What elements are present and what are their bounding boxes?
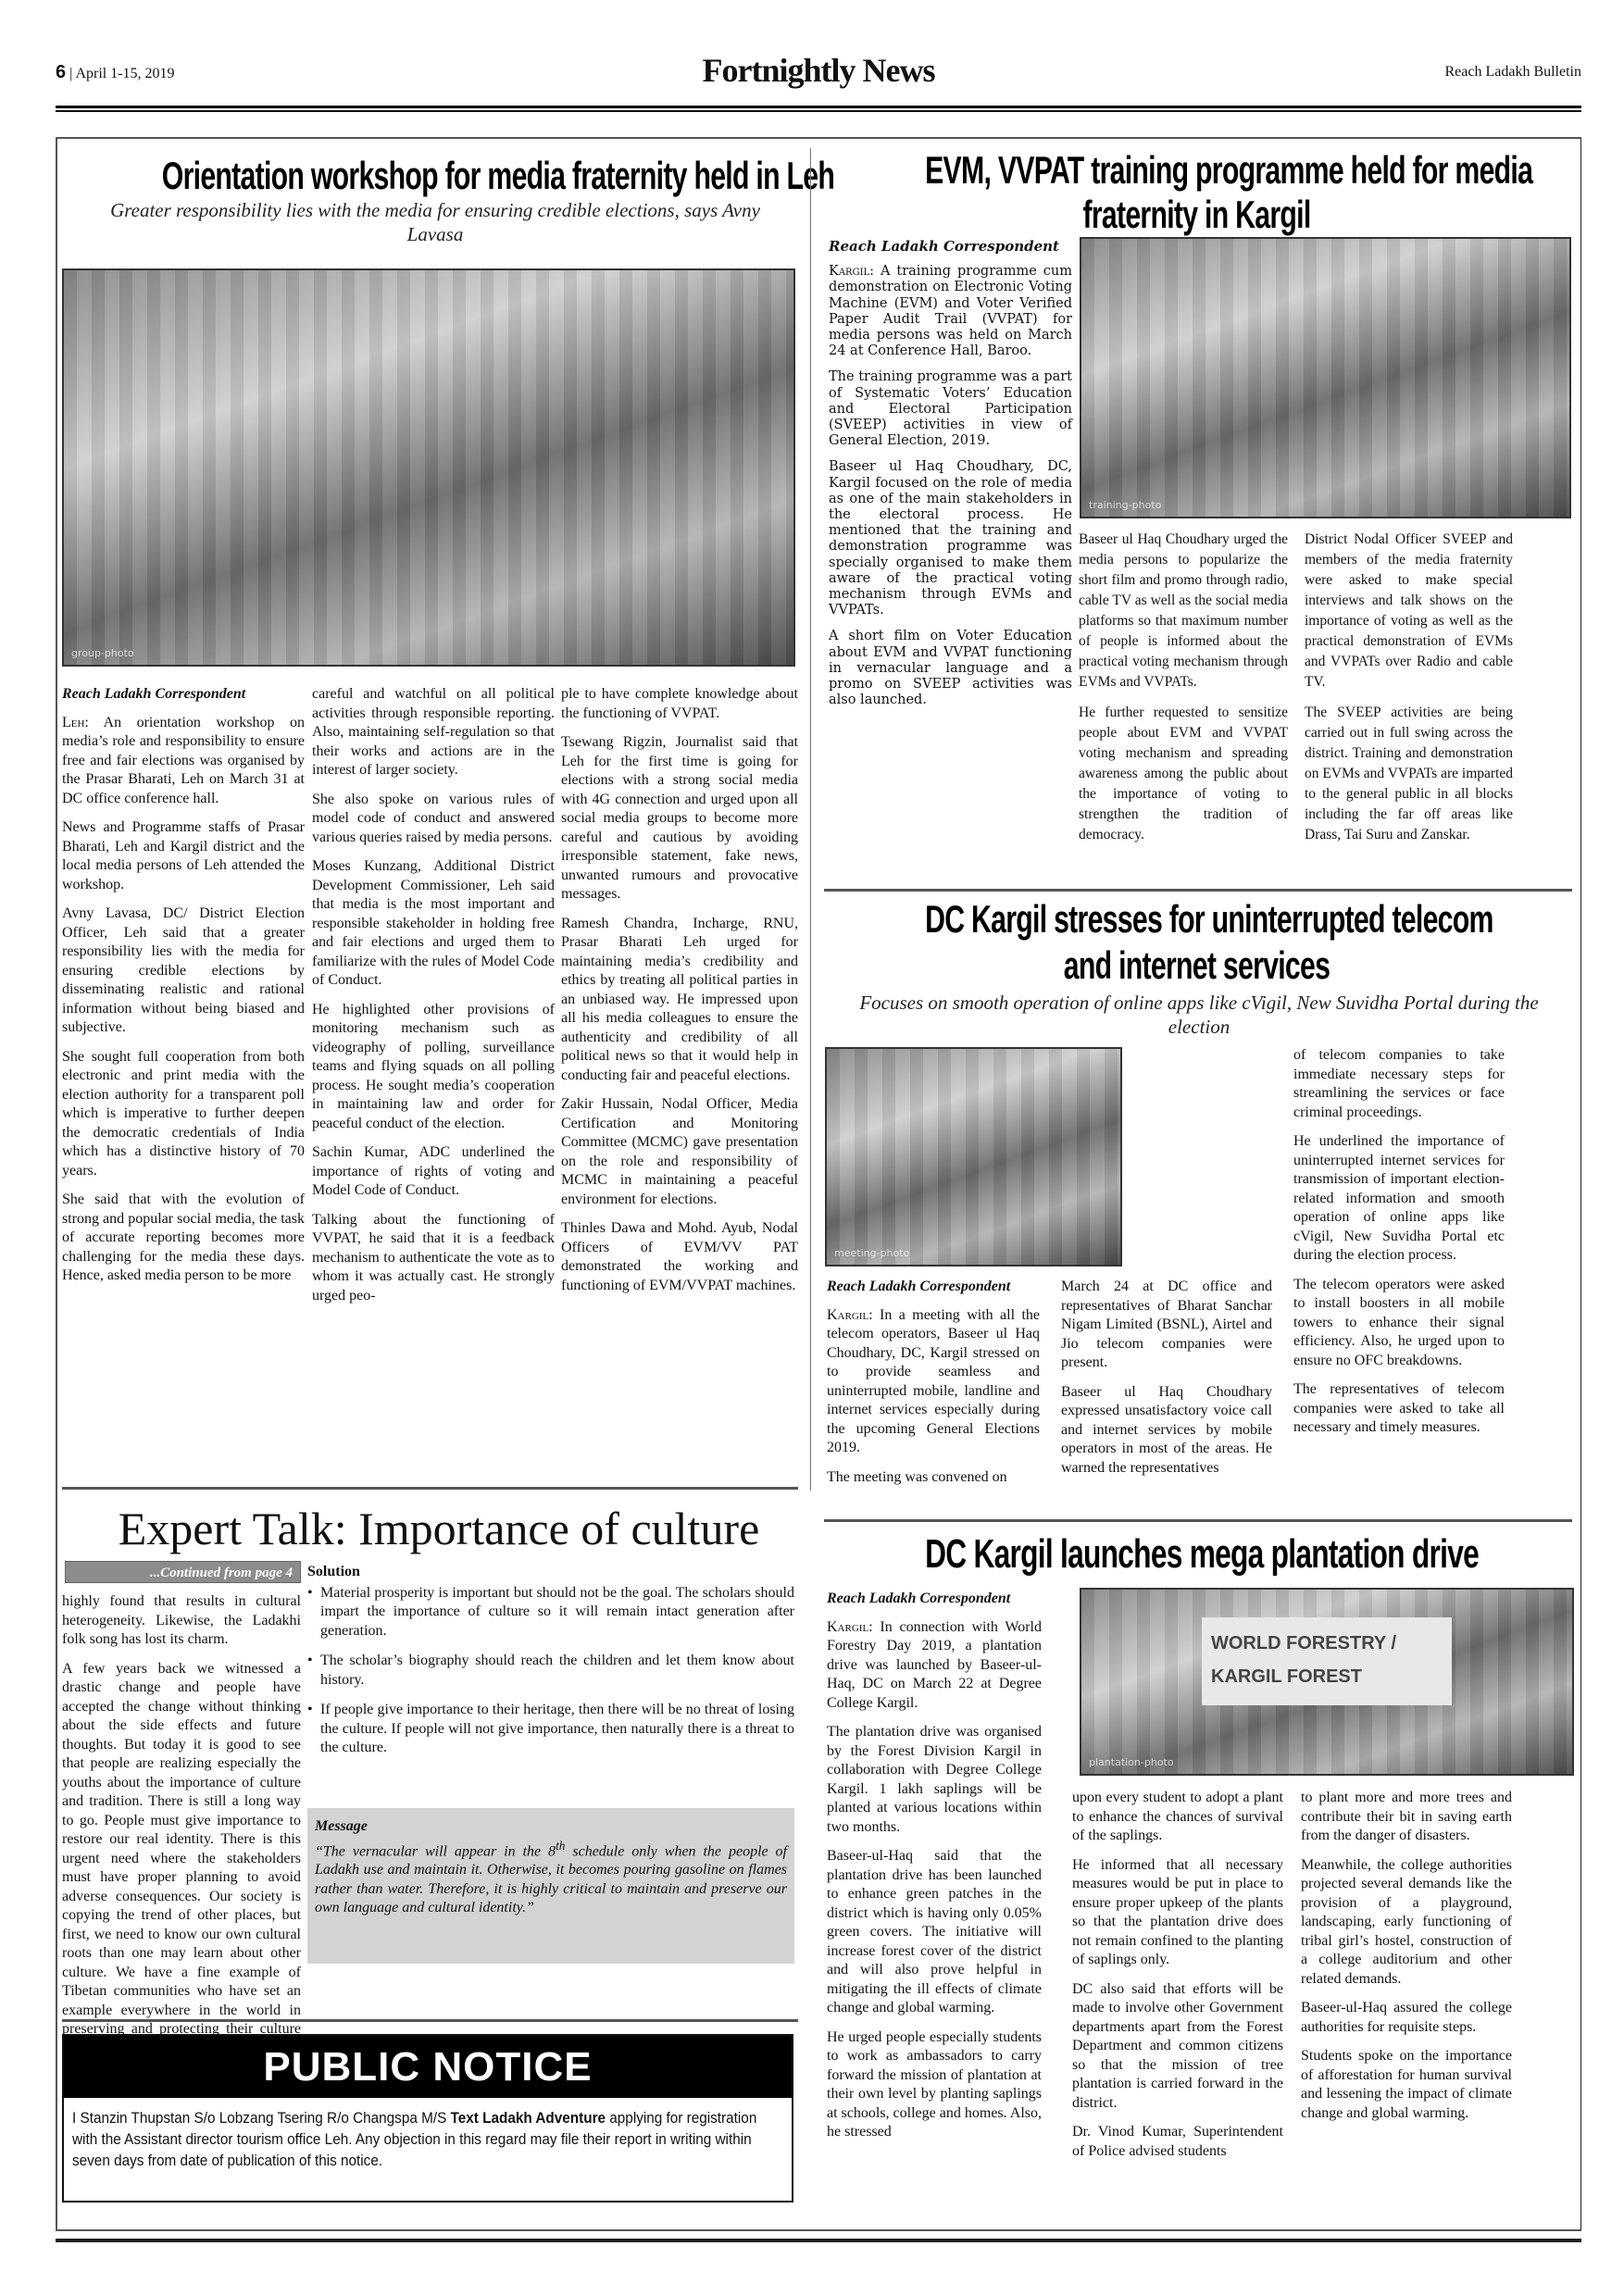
publication-name: Reach Ladakh Bulletin <box>1444 64 1581 81</box>
telecom-deck: Focuses on smooth operation of online ap… <box>833 991 1565 1039</box>
section-divider-left <box>62 1487 798 1490</box>
plantation-col-2: upon every student to adopt a plant to e… <box>1072 1789 1283 2171</box>
solution-heading: Solution <box>307 1563 794 1582</box>
telecom-col-1: Reach Ladakh Correspondent Kargil: In a … <box>827 1278 1040 1497</box>
message-heading: Message <box>315 1817 787 1837</box>
section-divider-right-1 <box>824 889 1572 892</box>
expert-talk-headline: Expert Talk: Importance of culture <box>80 1502 798 1555</box>
evm-training-headline-1: EVM, VVPAT training programme held for m… <box>925 148 1468 193</box>
business-name: Text Ladakh Adventure <box>451 2109 606 2127</box>
plantation-photo: WORLD FORESTRY / KARGIL FOREST plantatio… <box>1080 1588 1574 1776</box>
byline: Reach Ladakh Correspondent <box>62 685 305 705</box>
plantation-headline: DC Kargil launches mega plantation drive <box>925 1529 1468 1579</box>
continued-from-label: ...Continued from page 4 <box>65 1561 301 1583</box>
group-photo-icon: group-photo <box>71 647 134 659</box>
solution-point: If people give importance to their herit… <box>307 1701 794 1758</box>
solution-list: Material prosperity is important but sho… <box>307 1584 794 1758</box>
byline: Reach Ladakh Correspondent <box>827 1590 1042 1609</box>
evm-training-headline-2: fraternity in Kargil <box>925 193 1468 237</box>
public-notice-heading: PUBLIC NOTICE <box>64 2036 792 2098</box>
section-divider-right-2 <box>824 1519 1572 1522</box>
evm-col-1: Reach Ladakh Correspondent Kargil: A tra… <box>829 239 1072 718</box>
telecom-col-2: March 24 at DC office and representative… <box>1061 1278 1272 1488</box>
expert-talk-solution: Solution Material prosperity is importan… <box>307 1563 794 1769</box>
dateline: Kargil: <box>829 264 874 279</box>
solution-point: Material prosperity is important but sho… <box>307 1584 794 1641</box>
byline: Reach Ladakh Correspondent <box>827 1278 1040 1297</box>
plantation-col-3: to plant more and more trees and contrib… <box>1301 1789 1512 2133</box>
message-box: Message “The vernacular will appear in t… <box>307 1808 794 1964</box>
evm-training-photo: training-photo <box>1080 237 1571 518</box>
public-notice: PUBLIC NOTICE I Stanzin Thupstan S/o Lob… <box>62 2034 793 2202</box>
notice-divider <box>62 2019 798 2022</box>
dateline: Kargil: <box>827 1307 873 1323</box>
solution-point: The scholar’s biography should reach the… <box>307 1652 794 1690</box>
leh-workshop-headline: Orientation workshop for media fraternit… <box>162 156 708 196</box>
public-notice-body: I Stanzin Thupstan S/o Lobzang Tsering R… <box>64 2098 791 2180</box>
expert-talk-left-column: highly found that results in cultural he… <box>62 1592 301 2068</box>
leh-col-3-content: ple to have complete knowledge about the… <box>561 685 798 1305</box>
byline: Reach Ladakh Correspondent <box>829 239 1072 255</box>
evm-col-2: Baseer ul Haq Choudhary urged the media … <box>1079 530 1288 855</box>
plantation-col-1: Reach Ladakh Correspondent Kargil: In co… <box>827 1590 1042 2152</box>
forestry-banner: WORLD FORESTRY / KARGIL FOREST <box>1202 1617 1452 1705</box>
dateline: Leh: <box>62 715 89 730</box>
telecom-headline-1: DC Kargil stresses for uninterrupted tel… <box>925 896 1468 942</box>
masthead-rule <box>56 106 1581 112</box>
training-photo-icon: training-photo <box>1089 499 1161 511</box>
section-title: Fortnightly News <box>56 51 1581 90</box>
leh-workshop-photo: group-photo <box>62 268 795 667</box>
meeting-photo-icon: meeting-photo <box>834 1247 909 1259</box>
column-divider <box>810 148 811 1491</box>
footer-rule <box>56 2239 1581 2242</box>
plantation-photo-icon: plantation-photo <box>1089 1756 1174 1768</box>
evm-col-3: District Nodal Officer SVEEP and members… <box>1305 530 1513 855</box>
telecom-col-3: of telecom companies to take immediate n… <box>1293 1046 1505 1448</box>
dateline: Kargil: <box>827 1619 873 1635</box>
leh-col-1: Reach Ladakh Correspondent Leh: An orien… <box>62 685 305 1296</box>
telecom-headline-2: and internet services <box>925 942 1468 989</box>
masthead: 6 | April 1-15, 2019 Fortnightly News Re… <box>56 51 1581 88</box>
telecom-photo: meeting-photo <box>825 1047 1122 1267</box>
leh-col-2-content: careful and watchful on all political ac… <box>312 685 555 1316</box>
leh-workshop-deck: Greater responsibility lies with the med… <box>93 198 778 246</box>
